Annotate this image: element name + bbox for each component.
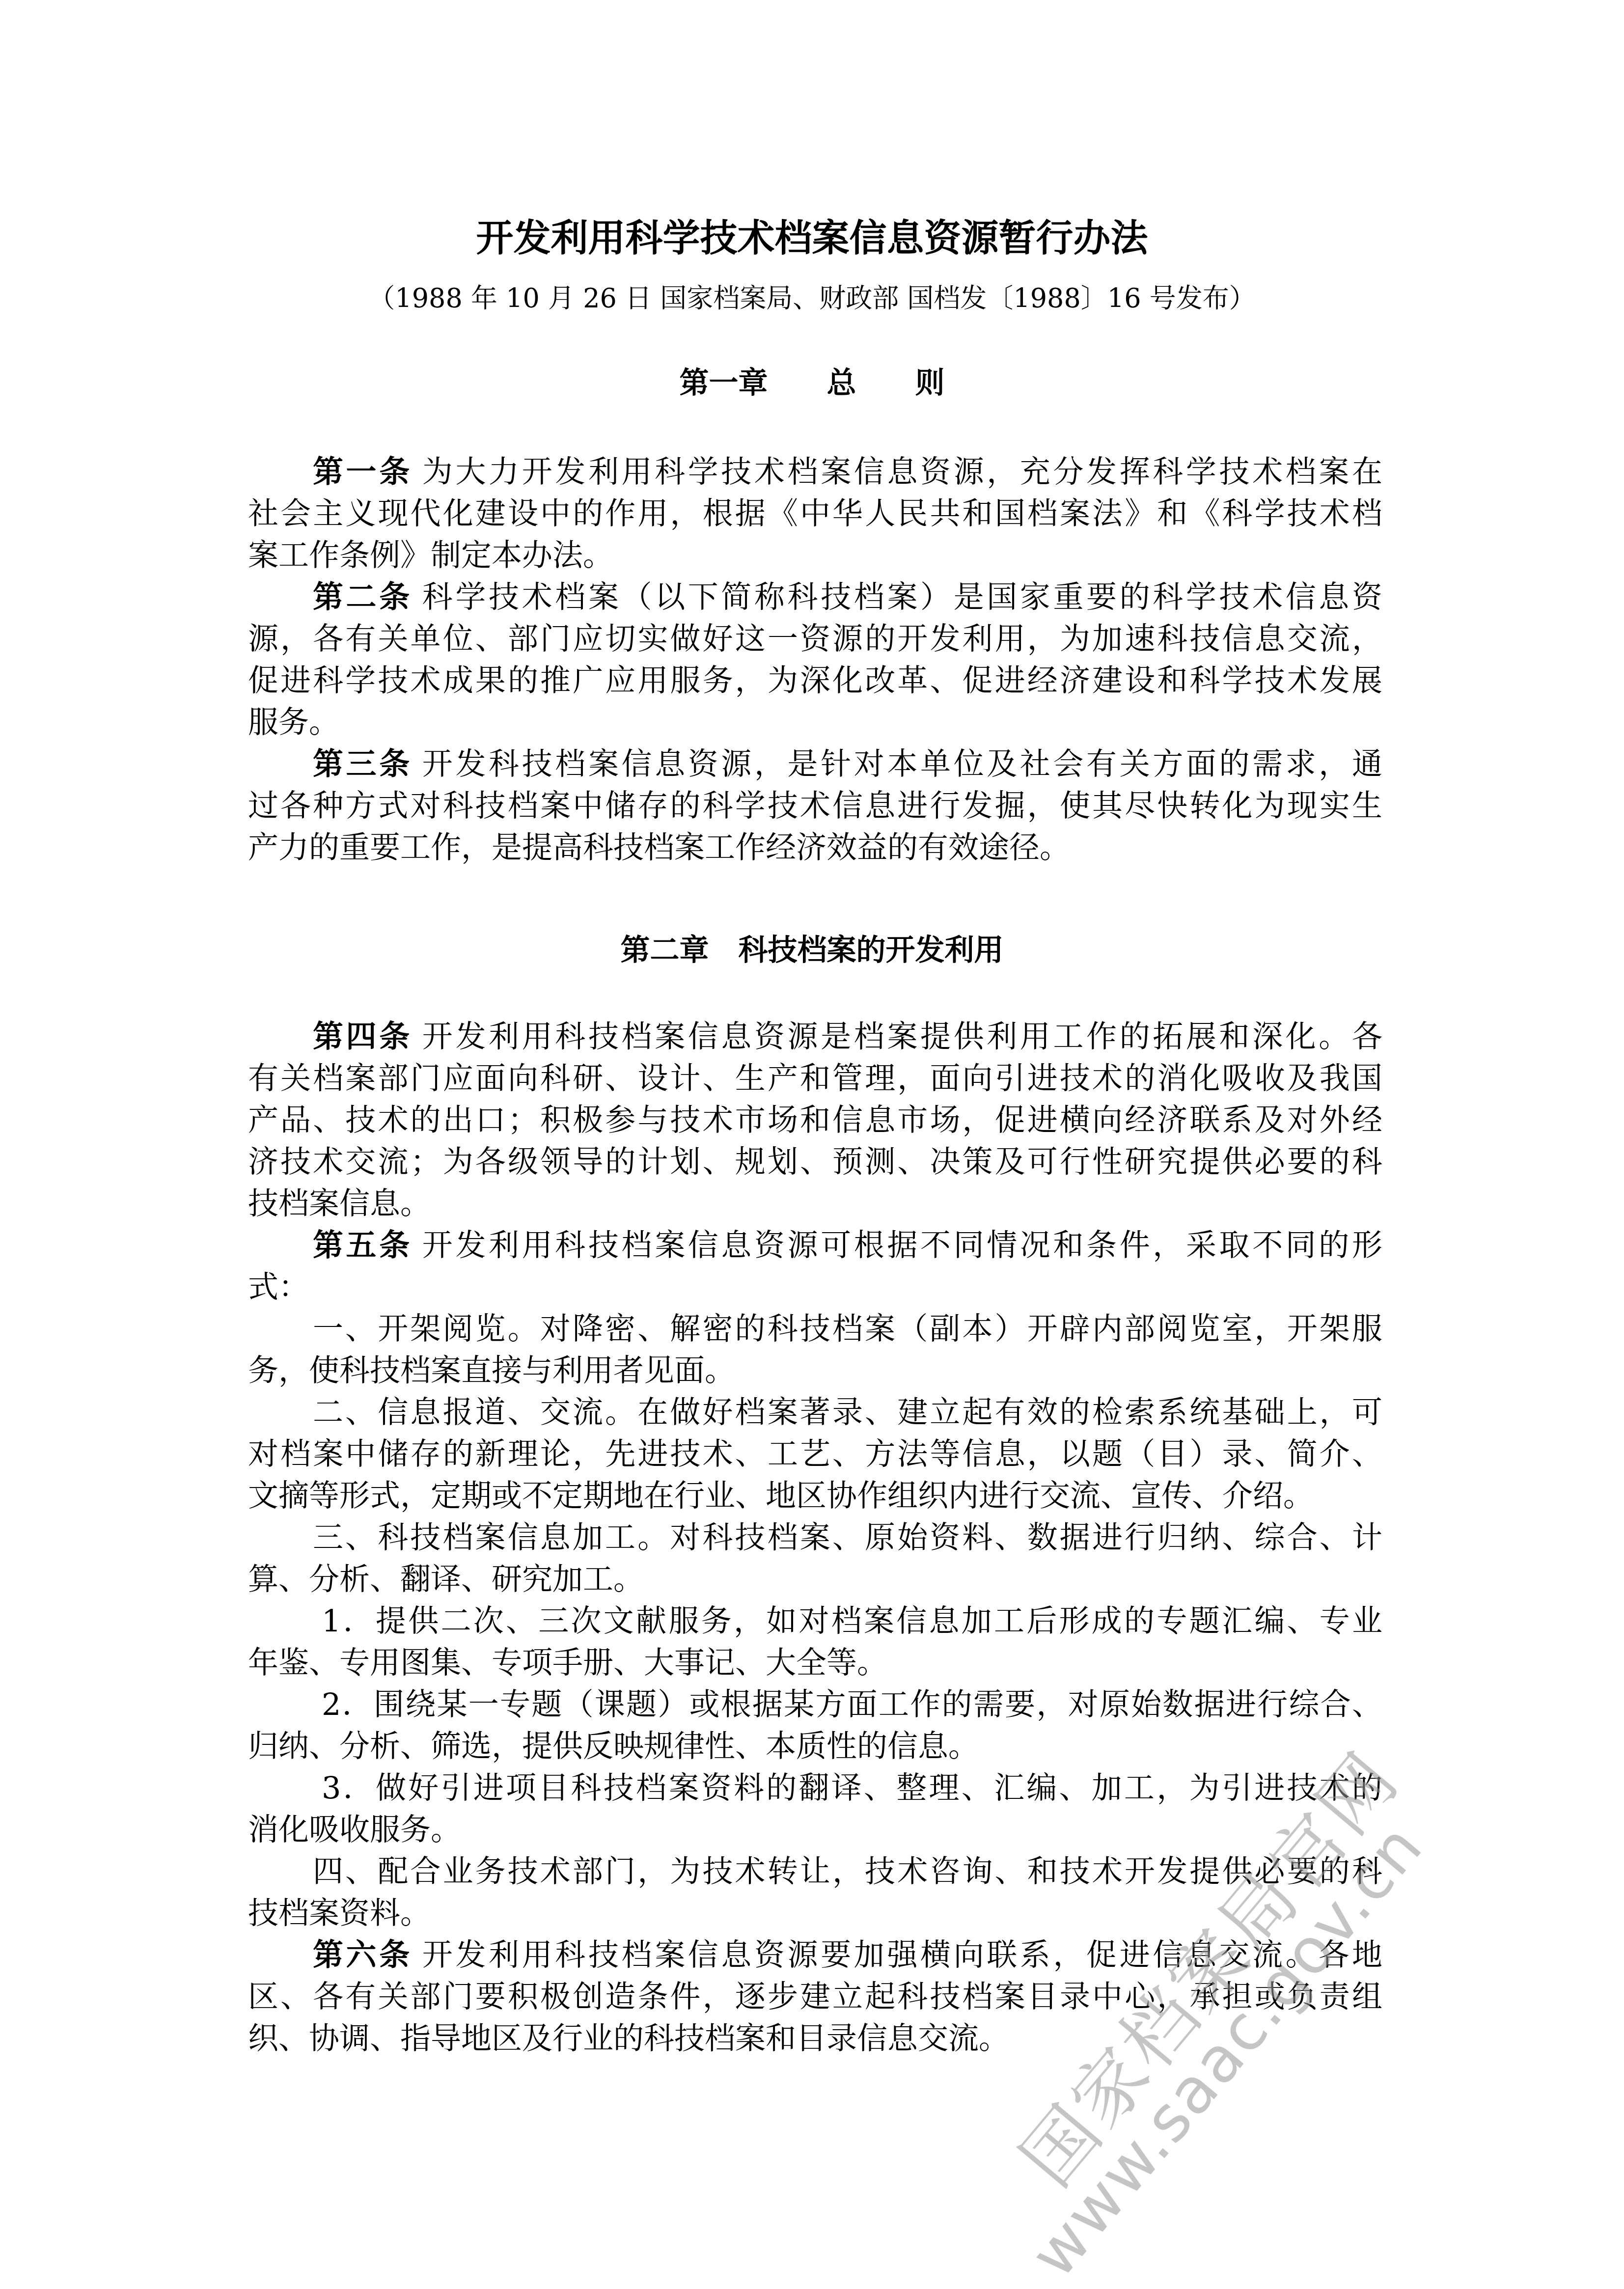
article-text: 为大力开发利用科学技术档案信息资源，充分发挥科学技术档案在	[422, 454, 1382, 490]
article-2-line-4: 服务。	[248, 701, 1382, 743]
article-1-label: 第一条	[313, 454, 413, 490]
subitem-2-line-2: 归纳、分析、筛选，提供反映规律性、本质性的信息。	[248, 1725, 1382, 1767]
article-text: 开发利用科技档案信息资源可根据不同情况和条件，采取不同的形	[422, 1227, 1382, 1263]
article-5-line-1: 第五条开发利用科技档案信息资源可根据不同情况和条件，采取不同的形	[248, 1224, 1382, 1266]
item-4-line-2: 技档案资料。	[248, 1892, 1382, 1934]
article-4-label: 第四条	[313, 1019, 413, 1054]
chapter-2-heading: 第二章 科技档案的开发利用	[0, 928, 1624, 972]
article-4-line-3: 产品、技术的出口；积极参与技术市场和信息市场，促进横向经济联系及对外经	[248, 1099, 1382, 1141]
article-3-line-3: 产力的重要工作，是提高科技档案工作经济效益的有效途径。	[248, 827, 1382, 868]
article-6-line-3: 织、协调、指导地区及行业的科技档案和目录信息交流。	[248, 2017, 1382, 2059]
article-2-line-3: 促进科学技术成果的推广应用服务，为深化改革、促进经济建设和科学技术发展	[248, 660, 1382, 701]
article-6-line-1: 第六条开发利用科技档案信息资源要加强横向联系，促进信息交流。各地	[248, 1934, 1382, 1976]
article-2-label: 第二条	[313, 579, 413, 615]
chapter-2-body: 第四条开发利用科技档案信息资源是档案提供利用工作的拓展和深化。各 有关档案部门应…	[248, 1016, 1382, 2059]
subitem-1-line-1: 1．提供二次、三次文献服务，如对档案信息加工后形成的专题汇编、专业	[248, 1600, 1382, 1642]
article-2-line-1: 第二条科学技术档案（以下简称科技档案）是国家重要的科学技术信息资	[248, 576, 1382, 618]
article-text: 开发科技档案信息资源，是针对本单位及社会有关方面的需求，通	[422, 746, 1382, 782]
article-1-line-1: 第一条为大力开发利用科学技术档案信息资源，充分发挥科学技术档案在	[248, 451, 1382, 493]
article-2-line-2: 源，各有关单位、部门应切实做好这一资源的开发利用，为加速科技信息交流，	[248, 618, 1382, 660]
article-1-line-3: 案工作条例》制定本办法。	[248, 534, 1382, 576]
subitem-3-line-2: 消化吸收服务。	[248, 1809, 1382, 1850]
article-1-line-2: 社会主义现代化建设中的作用，根据《中华人民共和国档案法》和《科学技术档	[248, 493, 1382, 534]
chapter-1-body: 第一条为大力开发利用科学技术档案信息资源，充分发挥科学技术档案在 社会主义现代化…	[248, 451, 1382, 868]
item-3-line-2: 算、分析、翻译、研究加工。	[248, 1558, 1382, 1600]
subitem-1-line-2: 年鉴、专用图集、专项手册、大事记、大全等。	[248, 1642, 1382, 1683]
article-6-line-2: 区、各有关部门要积极创造条件，逐步建立起科技档案目录中心，承担或负责组	[248, 1976, 1382, 2017]
item-2-line-2: 对档案中储存的新理论，先进技术、工艺、方法等信息，以题（目）录、简介、	[248, 1433, 1382, 1475]
article-text: 开发利用科技档案信息资源是档案提供利用工作的拓展和深化。各	[422, 1019, 1382, 1054]
article-text: 科学技术档案（以下简称科技档案）是国家重要的科学技术信息资	[422, 579, 1382, 615]
article-5-label: 第五条	[313, 1227, 413, 1263]
document-title: 开发利用科学技术档案信息资源暂行办法	[0, 211, 1624, 265]
article-3-line-2: 过各种方式对科技档案中储存的科学技术信息进行发掘，使其尽快转化为现实生	[248, 785, 1382, 827]
document-page: 开发利用科学技术档案信息资源暂行办法 （1988 年 10 月 26 日 国家档…	[0, 0, 1624, 2289]
subitem-2-line-1: 2．围绕某一专题（课题）或根据某方面工作的需要，对原始数据进行综合、	[248, 1683, 1382, 1725]
item-1-line-1: 一、开架阅览。对降密、解密的科技档案（副本）开辟内部阅览室，开架服	[248, 1308, 1382, 1350]
subitem-3-line-1: 3．做好引进项目科技档案资料的翻译、整理、汇编、加工，为引进技术的	[248, 1767, 1382, 1809]
item-2-line-3: 文摘等形式，定期或不定期地在行业、地区协作组织内进行交流、宣传、介绍。	[248, 1475, 1382, 1517]
item-3-line-1: 三、科技档案信息加工。对科技档案、原始资料、数据进行归纳、综合、计	[248, 1517, 1382, 1558]
article-3-label: 第三条	[313, 746, 413, 782]
article-3-line-1: 第三条开发科技档案信息资源，是针对本单位及社会有关方面的需求，通	[248, 743, 1382, 785]
article-4-line-4: 济技术交流；为各级领导的计划、规划、预测、决策及可行性研究提供必要的科	[248, 1141, 1382, 1183]
chapter-1-heading: 第一章 总 则	[0, 361, 1624, 405]
article-4-line-2: 有关档案部门应面向科研、设计、生产和管理，面向引进技术的消化吸收及我国	[248, 1057, 1382, 1099]
article-text: 开发利用科技档案信息资源要加强横向联系，促进信息交流。各地	[422, 1937, 1382, 1973]
item-4-line-1: 四、配合业务技术部门，为技术转让，技术咨询、和技术开发提供必要的科	[248, 1850, 1382, 1892]
article-5-line-2: 式：	[248, 1266, 1382, 1308]
item-1-line-2: 务，使科技档案直接与利用者见面。	[248, 1350, 1382, 1391]
item-2-line-1: 二、信息报道、交流。在做好档案著录、建立起有效的检索系统基础上，可	[248, 1391, 1382, 1433]
article-4-line-5: 技档案信息。	[248, 1183, 1382, 1224]
article-4-line-1: 第四条开发利用科技档案信息资源是档案提供利用工作的拓展和深化。各	[248, 1016, 1382, 1057]
article-6-label: 第六条	[313, 1937, 413, 1973]
document-subtitle: （1988 年 10 月 26 日 国家档案局、财政部 国档发〔1988〕16 …	[0, 279, 1624, 318]
